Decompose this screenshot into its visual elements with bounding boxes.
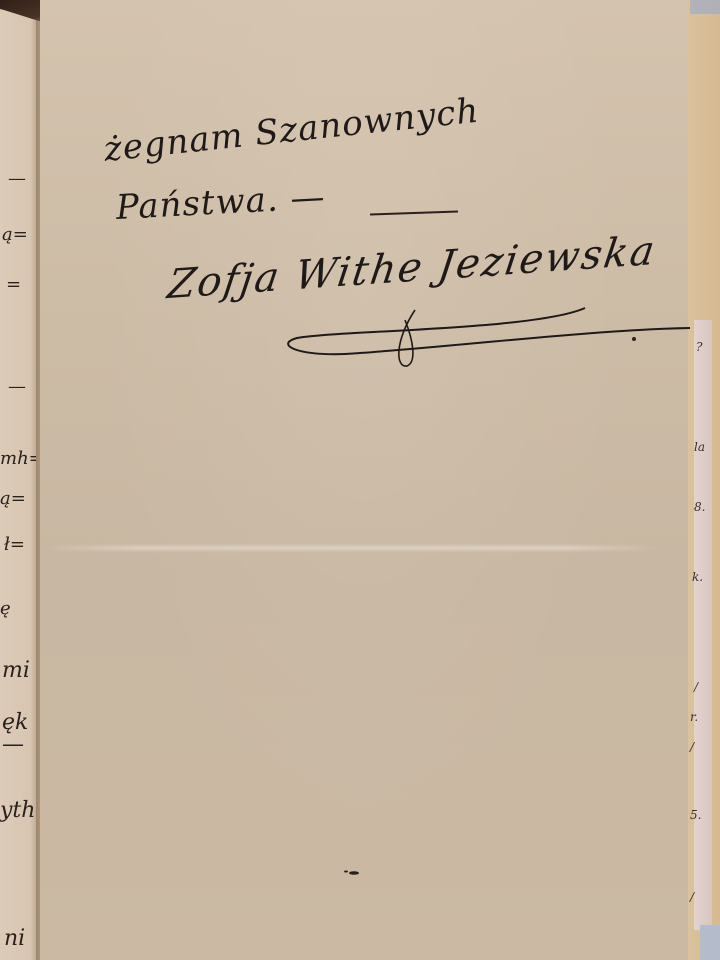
left-fragment: ą= [0, 490, 26, 508]
right-fragment: / [690, 740, 694, 754]
left-page-text-fragments: — ą= = — mh= ą= ł= ę mi ęk— ythę ni [0, 0, 40, 960]
left-fragment: ęk— [2, 712, 40, 756]
right-fragment: la [694, 440, 705, 454]
left-fragment: mi [2, 660, 30, 682]
left-fragment: ę [0, 600, 11, 618]
top-right-blue-edge [690, 0, 720, 14]
right-fragment: / [694, 680, 698, 694]
right-fragment: 5. [690, 808, 701, 822]
right-fragment: k. [692, 570, 703, 584]
right-insert-sheet: ? la 8. k. / r. / 5. / [694, 320, 712, 930]
ink-dot [632, 337, 636, 341]
right-fragment: r. [690, 710, 698, 724]
left-fragment: ł= [4, 536, 25, 554]
left-fragment: ni [4, 928, 25, 950]
signature-flourish [285, 300, 695, 370]
fold-crease [40, 546, 660, 550]
left-fragment: ą= [2, 226, 28, 244]
bottom-right-blue-sheet [700, 925, 720, 960]
left-fragment: — [8, 378, 26, 396]
right-fragment: / [690, 890, 694, 904]
right-fragment: ? [696, 340, 702, 354]
left-fragment: = [6, 276, 21, 294]
left-fragment: — [8, 170, 26, 188]
right-fragment: 8. [694, 500, 705, 514]
ink-smudge [342, 870, 360, 875]
photo-scene: — ą= = — mh= ą= ł= ę mi ęk— ythę ni ? la… [0, 0, 720, 960]
